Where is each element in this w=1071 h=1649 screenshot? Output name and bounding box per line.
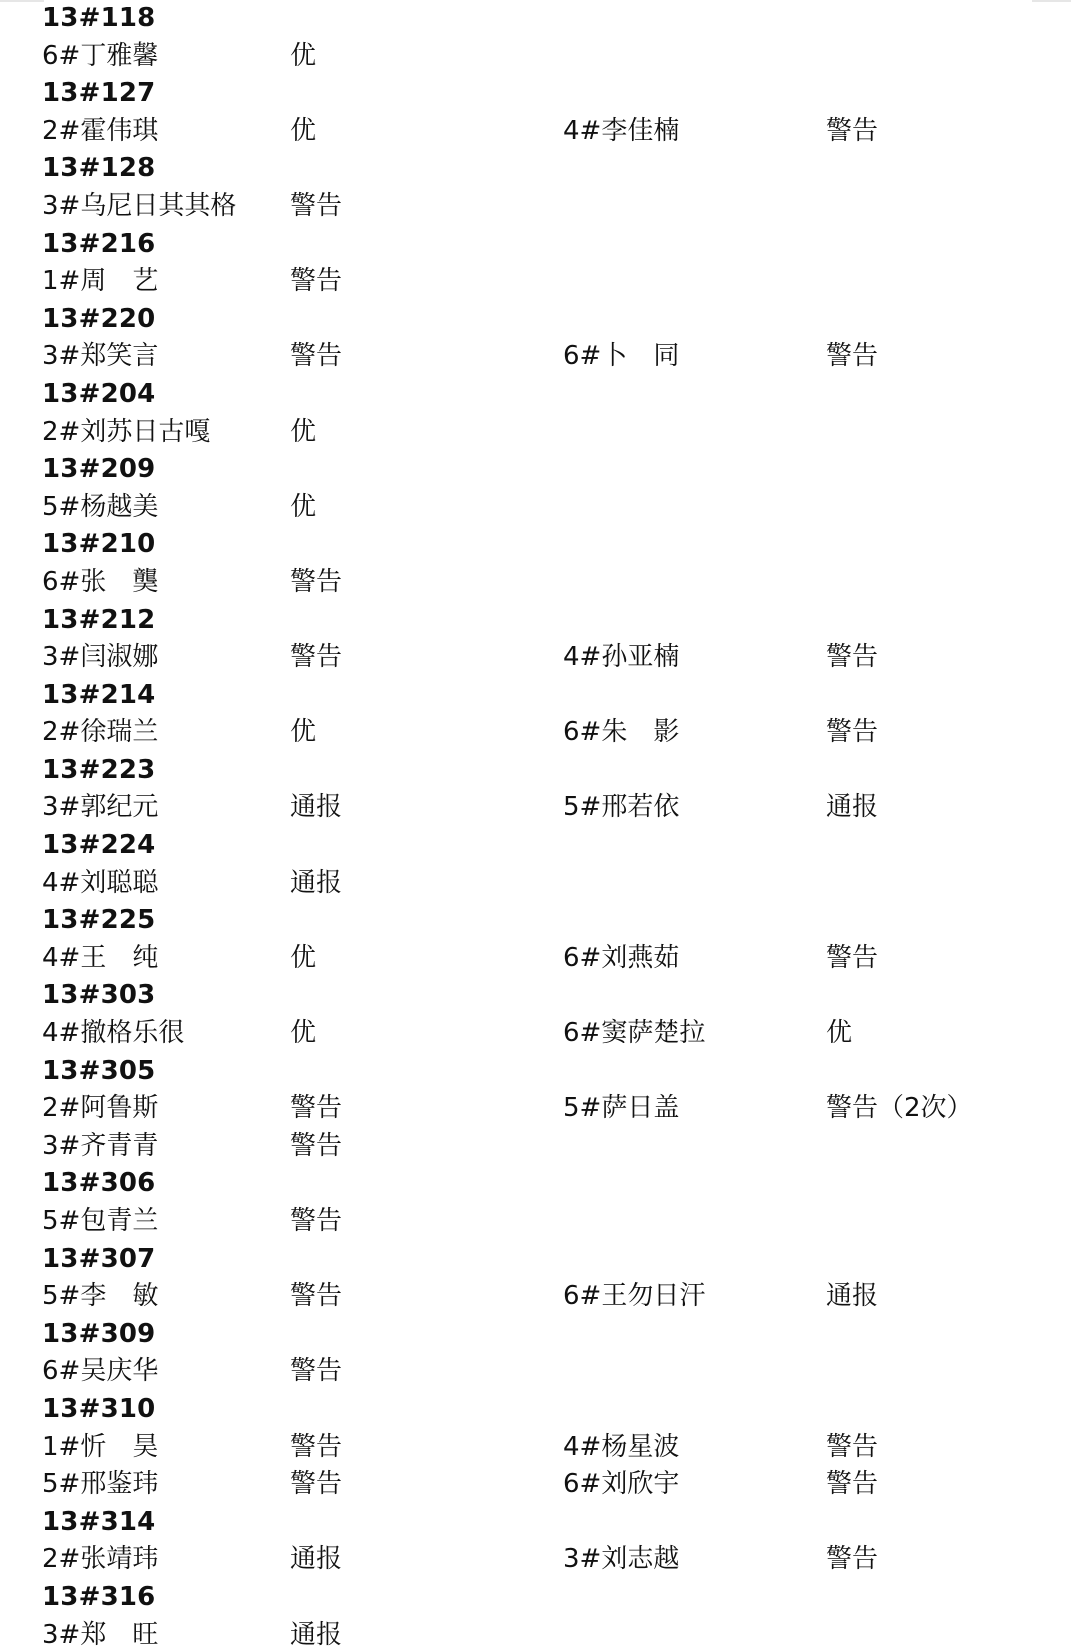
- inspection-result-2: 警告: [826, 714, 878, 752]
- room-number: 13#316: [42, 1579, 1042, 1617]
- inspection-result: 优: [290, 940, 316, 978]
- room-number: 13#223: [42, 752, 1042, 790]
- entry-row: 4#刘聪聪 通报: [42, 865, 1042, 903]
- resident-name: 5#邢鉴玮: [42, 1466, 158, 1504]
- room-section: 13#128 3#乌尼日其其格 警告: [42, 150, 1042, 225]
- room-number: 13#309: [42, 1316, 1042, 1354]
- room-section: 13#214 2#徐瑞兰 优 6#朱 影 警告: [42, 677, 1042, 752]
- dorm-inspection-document: 13#118 6#丁雅馨 优 13#127 2#霍伟琪 优 4#李佳楠 警告 1…: [42, 0, 1042, 1649]
- entry-row: 5#李 敏 警告 6#王勿日汗 通报: [42, 1278, 1042, 1316]
- room-entries: 4#刘聪聪 通报: [42, 865, 1042, 903]
- inspection-result: 优: [290, 1015, 316, 1053]
- room-section: 13#306 5#包青兰 警告: [42, 1165, 1042, 1240]
- room-entries: 5#李 敏 警告 6#王勿日汗 通报: [42, 1278, 1042, 1316]
- inspection-result-2: 警告: [826, 1429, 878, 1467]
- room-section: 13#224 4#刘聪聪 通报: [42, 827, 1042, 902]
- room-entries: 3#郑 旺 通报: [42, 1617, 1042, 1649]
- resident-name: 2#刘苏日古嘎: [42, 414, 210, 452]
- inspection-result: 警告: [290, 1203, 342, 1241]
- room-section: 13#307 5#李 敏 警告 6#王勿日汗 通报: [42, 1241, 1042, 1316]
- inspection-result: 优: [290, 714, 316, 752]
- resident-name: 3#乌尼日其其格: [42, 188, 236, 226]
- room-section: 13#216 1#周 艺 警告: [42, 226, 1042, 301]
- inspection-result: 警告: [290, 188, 342, 226]
- resident-name: 2#徐瑞兰: [42, 714, 158, 752]
- room-entries: 5#杨越美 优: [42, 489, 1042, 527]
- resident-name: 2#阿鲁斯: [42, 1090, 158, 1128]
- resident-name: 6#吴庆华: [42, 1353, 158, 1391]
- room-section: 13#118 6#丁雅馨 优: [42, 0, 1042, 75]
- room-number: 13#118: [42, 0, 1042, 38]
- entry-row: 1#忻 昊 警告 4#杨星波 警告: [42, 1429, 1042, 1467]
- room-entries: 3#闫淑娜 警告 4#孙亚楠 警告: [42, 639, 1042, 677]
- inspection-result: 警告: [290, 564, 342, 602]
- room-entries: 5#包青兰 警告: [42, 1203, 1042, 1241]
- room-number: 13#303: [42, 977, 1042, 1015]
- entry-row: 1#周 艺 警告: [42, 263, 1042, 301]
- room-section: 13#127 2#霍伟琪 优 4#李佳楠 警告: [42, 75, 1042, 150]
- room-number: 13#204: [42, 376, 1042, 414]
- resident-name: 2#张靖玮: [42, 1541, 158, 1579]
- entry-row: 2#阿鲁斯 警告 5#萨日盖 警告（2次）: [42, 1090, 1042, 1128]
- room-section: 13#220 3#郑笑言 警告 6#卜 同 警告: [42, 301, 1042, 376]
- inspection-result: 警告: [290, 1278, 342, 1316]
- resident-name: 3#郭纪元: [42, 789, 158, 827]
- room-number: 13#209: [42, 451, 1042, 489]
- entry-row: 3#闫淑娜 警告 4#孙亚楠 警告: [42, 639, 1042, 677]
- resident-name: 6#张 龑: [42, 564, 158, 602]
- room-entries: 6#丁雅馨 优: [42, 38, 1042, 76]
- room-section: 13#316 3#郑 旺 通报: [42, 1579, 1042, 1649]
- inspection-result: 警告: [290, 1353, 342, 1391]
- room-number: 13#225: [42, 902, 1042, 940]
- room-section: 13#314 2#张靖玮 通报 3#刘志越 警告: [42, 1504, 1042, 1579]
- room-section: 13#210 6#张 龑 警告: [42, 526, 1042, 601]
- resident-name: 4#撤格乐很: [42, 1015, 184, 1053]
- room-number: 13#127: [42, 75, 1042, 113]
- entry-row: 3#郑笑言 警告 6#卜 同 警告: [42, 338, 1042, 376]
- room-number: 13#210: [42, 526, 1042, 564]
- room-number: 13#307: [42, 1241, 1042, 1279]
- room-entries: 1#忻 昊 警告 4#杨星波 警告 5#邢鉴玮 警告 6#刘欣宇 警告: [42, 1429, 1042, 1504]
- entry-row: 3#乌尼日其其格 警告: [42, 188, 1042, 226]
- room-number: 13#305: [42, 1053, 1042, 1091]
- room-number: 13#314: [42, 1504, 1042, 1542]
- resident-name-2: 6#朱 影: [563, 714, 679, 752]
- room-entries: 2#徐瑞兰 优 6#朱 影 警告: [42, 714, 1042, 752]
- room-entries: 6#张 龑 警告: [42, 564, 1042, 602]
- resident-name-2: 5#萨日盖: [563, 1090, 679, 1128]
- entry-row: 6#张 龑 警告: [42, 564, 1042, 602]
- inspection-result: 通报: [290, 865, 342, 903]
- resident-name: 3#闫淑娜: [42, 639, 158, 677]
- resident-name-2: 5#邢若依: [563, 789, 679, 827]
- resident-name-2: 4#孙亚楠: [563, 639, 679, 677]
- inspection-result: 警告: [290, 1466, 342, 1504]
- inspection-result: 优: [290, 414, 316, 452]
- room-section: 13#212 3#闫淑娜 警告 4#孙亚楠 警告: [42, 602, 1042, 677]
- inspection-result: 警告: [290, 1128, 342, 1166]
- room-entries: 2#刘苏日古嘎 优: [42, 414, 1042, 452]
- resident-name-2: 6#刘欣宇: [563, 1466, 679, 1504]
- room-entries: 3#郑笑言 警告 6#卜 同 警告: [42, 338, 1042, 376]
- inspection-result-2: 优: [826, 1015, 852, 1053]
- room-entries: 6#吴庆华 警告: [42, 1353, 1042, 1391]
- room-section: 13#303 4#撤格乐很 优 6#窦萨楚拉 优: [42, 977, 1042, 1052]
- resident-name: 3#郑 旺: [42, 1617, 158, 1649]
- resident-name-2: 4#杨星波: [563, 1429, 679, 1467]
- room-number: 13#220: [42, 301, 1042, 339]
- room-section: 13#310 1#忻 昊 警告 4#杨星波 警告 5#邢鉴玮 警告 6#刘欣宇 …: [42, 1391, 1042, 1504]
- room-entries: 1#周 艺 警告: [42, 263, 1042, 301]
- inspection-result-2: 警告: [826, 1466, 878, 1504]
- top-edge-left: [0, 0, 44, 2]
- inspection-result-2: 通报: [826, 1278, 878, 1316]
- room-section: 13#204 2#刘苏日古嘎 优: [42, 376, 1042, 451]
- resident-name-2: 6#卜 同: [563, 338, 679, 376]
- entry-row: 6#丁雅馨 优: [42, 38, 1042, 76]
- resident-name: 2#霍伟琪: [42, 113, 158, 151]
- room-number: 13#128: [42, 150, 1042, 188]
- inspection-result: 警告: [290, 263, 342, 301]
- resident-name: 6#丁雅馨: [42, 38, 158, 76]
- inspection-result: 优: [290, 38, 316, 76]
- entry-row: 6#吴庆华 警告: [42, 1353, 1042, 1391]
- resident-name: 5#包青兰: [42, 1203, 158, 1241]
- resident-name: 3#齐青青: [42, 1128, 158, 1166]
- room-entries: 2#霍伟琪 优 4#李佳楠 警告: [42, 113, 1042, 151]
- room-entries: 2#阿鲁斯 警告 5#萨日盖 警告（2次） 3#齐青青 警告: [42, 1090, 1042, 1165]
- room-section: 13#223 3#郭纪元 通报 5#邢若依 通报: [42, 752, 1042, 827]
- entry-row: 3#郭纪元 通报 5#邢若依 通报: [42, 789, 1042, 827]
- entry-row: 4#王 纯 优 6#刘燕茹 警告: [42, 940, 1042, 978]
- room-number: 13#306: [42, 1165, 1042, 1203]
- resident-name: 4#王 纯: [42, 940, 158, 978]
- resident-name: 1#忻 昊: [42, 1429, 158, 1467]
- entry-row: 3#郑 旺 通报: [42, 1617, 1042, 1649]
- inspection-result-2: 警告: [826, 113, 878, 151]
- inspection-result-2: 警告: [826, 338, 878, 376]
- resident-name: 5#李 敏: [42, 1278, 158, 1316]
- inspection-result: 通报: [290, 1617, 342, 1649]
- room-section: 13#225 4#王 纯 优 6#刘燕茹 警告: [42, 902, 1042, 977]
- room-section: 13#305 2#阿鲁斯 警告 5#萨日盖 警告（2次） 3#齐青青 警告: [42, 1053, 1042, 1166]
- entry-row: 4#撤格乐很 优 6#窦萨楚拉 优: [42, 1015, 1042, 1053]
- entry-row: 5#包青兰 警告: [42, 1203, 1042, 1241]
- inspection-result: 警告: [290, 639, 342, 677]
- resident-name: 3#郑笑言: [42, 338, 158, 376]
- resident-name: 1#周 艺: [42, 263, 158, 301]
- inspection-result: 通报: [290, 1541, 342, 1579]
- resident-name-2: 4#李佳楠: [563, 113, 679, 151]
- room-number: 13#212: [42, 602, 1042, 640]
- inspection-result-2: 警告（2次）: [826, 1090, 973, 1128]
- room-number: 13#224: [42, 827, 1042, 865]
- inspection-result-2: 警告: [826, 1541, 878, 1579]
- resident-name-2: 6#刘燕茹: [563, 940, 679, 978]
- inspection-result-2: 警告: [826, 639, 878, 677]
- room-section: 13#209 5#杨越美 优: [42, 451, 1042, 526]
- inspection-result-2: 通报: [826, 789, 878, 827]
- inspection-result: 警告: [290, 1090, 342, 1128]
- entry-row: 5#杨越美 优: [42, 489, 1042, 527]
- resident-name: 4#刘聪聪: [42, 865, 158, 903]
- inspection-result: 优: [290, 113, 316, 151]
- inspection-result: 警告: [290, 338, 342, 376]
- room-entries: 3#乌尼日其其格 警告: [42, 188, 1042, 226]
- entry-row: 3#齐青青 警告: [42, 1128, 1042, 1166]
- entry-row: 2#刘苏日古嘎 优: [42, 414, 1042, 452]
- entry-row: 5#邢鉴玮 警告 6#刘欣宇 警告: [42, 1466, 1042, 1504]
- room-number: 13#310: [42, 1391, 1042, 1429]
- room-number: 13#214: [42, 677, 1042, 715]
- room-number: 13#216: [42, 226, 1042, 264]
- entry-row: 2#徐瑞兰 优 6#朱 影 警告: [42, 714, 1042, 752]
- room-entries: 4#王 纯 优 6#刘燕茹 警告: [42, 940, 1042, 978]
- room-section: 13#309 6#吴庆华 警告: [42, 1316, 1042, 1391]
- room-entries: 3#郭纪元 通报 5#邢若依 通报: [42, 789, 1042, 827]
- resident-name-2: 6#王勿日汗: [563, 1278, 705, 1316]
- inspection-result: 警告: [290, 1429, 342, 1467]
- resident-name-2: 6#窦萨楚拉: [563, 1015, 705, 1053]
- inspection-result-2: 警告: [826, 940, 878, 978]
- inspection-result: 通报: [290, 789, 342, 827]
- resident-name-2: 3#刘志越: [563, 1541, 679, 1579]
- room-entries: 2#张靖玮 通报 3#刘志越 警告: [42, 1541, 1042, 1579]
- entry-row: 2#张靖玮 通报 3#刘志越 警告: [42, 1541, 1042, 1579]
- inspection-result: 优: [290, 489, 316, 527]
- entry-row: 2#霍伟琪 优 4#李佳楠 警告: [42, 113, 1042, 151]
- room-entries: 4#撤格乐很 优 6#窦萨楚拉 优: [42, 1015, 1042, 1053]
- resident-name: 5#杨越美: [42, 489, 158, 527]
